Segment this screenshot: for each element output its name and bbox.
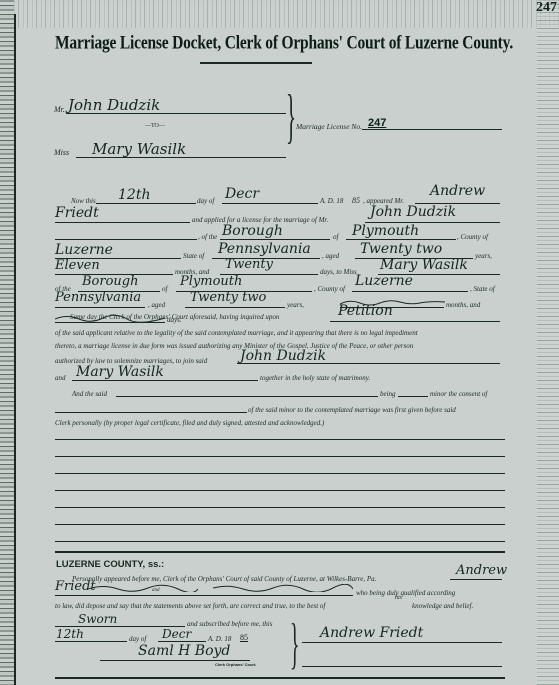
day-line (96, 203, 196, 204)
header-brace: } (286, 82, 296, 151)
bride-age-years: Twenty two (190, 290, 266, 305)
groom-prefix: Mr. (54, 105, 65, 114)
minor-prefix: And the said (72, 390, 107, 398)
sworn-ad-label: A. D. 18 (208, 635, 231, 643)
inquiry-line (330, 321, 500, 322)
bride-county: Luzerne (355, 273, 413, 289)
minor-age-line (398, 396, 428, 397)
affiant-signature: Andrew Friedt (320, 625, 423, 641)
bride-municipality-type: Borough (82, 274, 139, 289)
bride-name-line (76, 157, 286, 158)
affiant-first-line (450, 579, 502, 580)
join-bride-name: Mary Wasilk (76, 364, 164, 380)
remark-line (55, 524, 505, 525)
applicant-last-name: Friedt (55, 205, 99, 221)
bride-town: Plymouth (180, 274, 242, 289)
consent-giver-line (55, 412, 247, 413)
license-number: 247 (368, 117, 386, 129)
page-border-left (14, 14, 16, 685)
groom-state: Pennsylvania (218, 241, 311, 257)
applicant-last-line (55, 222, 190, 223)
minor-line-3: Clerk personally (by proper legal certif… (55, 419, 324, 427)
minor-consent-label: minor the consent of (430, 390, 487, 398)
application-day: 12th (118, 187, 150, 203)
groom-county: Luzerne (55, 242, 113, 258)
minor-line-2: of the said minor to the contemplated ma… (248, 406, 456, 414)
years-label-2: years, (287, 301, 304, 309)
bride-prefix: Miss (54, 148, 69, 157)
clerk-signature: Saml H Boyd (138, 643, 230, 659)
affidavit-line-3: to law, did depose and say that the stat… (55, 602, 325, 610)
clerk-signature-line (100, 660, 250, 661)
groom-age-days: Twenty (225, 257, 273, 272)
months-and-label-2: months, and (446, 301, 480, 309)
title-rule (200, 62, 312, 64)
remark-line (55, 490, 505, 491)
of-label-2: of (162, 285, 167, 293)
application-month: Decr (225, 186, 259, 202)
being-label: being (380, 390, 396, 398)
county-heading: LUZERNE COUNTY, ss.: (56, 559, 164, 570)
county-of-label: , County of (457, 233, 488, 241)
sworn-month: Decr (162, 627, 191, 641)
to-label: —TO— (145, 123, 165, 129)
groom-name: John Dudzik (370, 204, 456, 220)
state-of-label: State of (183, 252, 204, 260)
affidavit-and-label: and (152, 588, 160, 593)
inquiry-basis: Petition (338, 303, 393, 319)
remark-line (55, 456, 505, 457)
applicant-first-name: Andrew (430, 183, 485, 199)
together-label: together in the holy state of matrimony. (260, 374, 370, 382)
page-number: 247 (536, 0, 557, 16)
county-of-label-2: , County of (314, 285, 345, 293)
remark-line (55, 439, 505, 440)
of-label: of (333, 233, 338, 241)
groom-age-months: Eleven (55, 258, 100, 273)
page-title: Marriage License Docket, Clerk of Orphan… (55, 32, 513, 55)
town-line (346, 239, 456, 240)
sworn-month-line (158, 641, 206, 642)
pronoun-correction: his (395, 595, 402, 601)
remark-line (55, 473, 505, 474)
sworn-year: 85 (240, 633, 248, 642)
scan-edge-left (0, 0, 14, 685)
bottom-divider (55, 677, 505, 679)
header-groom-name: John Dudzik (68, 96, 160, 114)
sworn-day-of-label: day of (129, 635, 146, 643)
ad-label: A. D. 18 (320, 197, 343, 205)
and-label: and (55, 374, 66, 382)
join-groom-line (237, 363, 500, 364)
subscribed-label: and subscribed before me, this (187, 620, 272, 628)
blank-line (55, 239, 197, 240)
aged-label-2: , aged (148, 301, 165, 309)
sworn-day-line (55, 641, 127, 642)
bride-state-line (55, 307, 145, 308)
aged-label: , aged (322, 252, 339, 260)
now-this-label: Now this (71, 197, 96, 205)
of-the-label: , of the (198, 233, 217, 241)
affidavit-brace: } (290, 612, 299, 676)
sworn-value: Sworn (78, 612, 117, 626)
clerk-caption: Clerk Orphans' Court. (215, 662, 256, 667)
bride-state: Pennsylvania (55, 290, 141, 305)
bride-age-line (185, 307, 285, 308)
application-year: 85 (352, 196, 360, 205)
findings-line-2: of the said applicant relative to the le… (55, 329, 418, 337)
bride-name: Mary Wasilk (380, 257, 468, 273)
affidavit-line-3-suffix: knowledge and belief. (412, 602, 473, 610)
struck-affiant-wavy (88, 584, 353, 592)
month-line (222, 203, 318, 204)
sworn-day: 12th (56, 627, 84, 641)
license-number-line (362, 129, 502, 130)
affiant-signature-line (302, 642, 502, 643)
days-to-label: days, to Miss (320, 268, 357, 276)
scan-noise-top (14, 0, 559, 28)
bride-days-line (55, 322, 165, 323)
minor-name-line (116, 396, 378, 397)
findings-line-3: thereto, a marriage license in due form … (55, 342, 413, 350)
affidavit-line-1: Personally appeared before me, Clerk of … (72, 575, 376, 583)
join-bride-line (72, 380, 258, 381)
bride-county-line (352, 291, 468, 292)
remark-line (55, 507, 505, 508)
second-signature-line (302, 666, 502, 667)
groom-municipality-type: Borough (222, 223, 283, 239)
groom-name-line (66, 113, 286, 114)
remark-line (55, 541, 505, 542)
day-of-label: day of (197, 197, 214, 205)
affiant-first-name: Andrew (456, 563, 507, 578)
scan-noise-right (537, 0, 559, 685)
municipality-line (220, 239, 330, 240)
state-of-label-2: , State of (470, 285, 495, 293)
groom-age-years: Twenty two (360, 241, 442, 257)
findings-line-1: Same day the Clerk of the Orphans' Court… (70, 313, 279, 321)
header-bride-name: Mary Wasilk (92, 140, 186, 158)
groom-town: Plymouth (352, 223, 419, 239)
join-groom-name: John Dudzik (240, 348, 326, 364)
license-label: Marriage License No. (296, 122, 362, 131)
affidavit-line-2: who being duly qualified according (356, 589, 455, 597)
affiant-line (55, 595, 353, 596)
years-label: years, (475, 252, 492, 260)
section-divider (55, 551, 505, 553)
